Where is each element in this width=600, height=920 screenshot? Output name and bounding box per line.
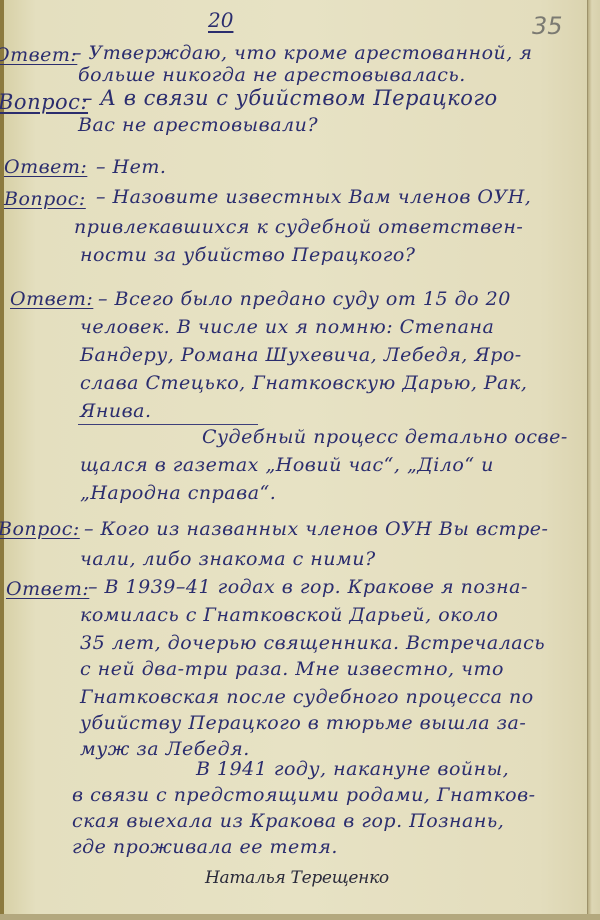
question-text-line: Вас не арестовывали? bbox=[78, 116, 318, 135]
answer-label: Ответ: bbox=[4, 158, 87, 177]
question-text-line: привлекавшихся к судебной ответствен- bbox=[74, 218, 523, 237]
question-text-line: – А в связи с убийством Перацкого bbox=[82, 88, 498, 109]
answer-text-line: 35 лет, дочерью священника. Встречалась bbox=[80, 634, 545, 653]
page-edge-right bbox=[587, 0, 600, 920]
paragraph-divider bbox=[78, 424, 258, 425]
document-page: 20 35 Ответ: – Утверждаю, что кроме арес… bbox=[0, 0, 600, 920]
question-label: Вопрос: bbox=[0, 520, 80, 539]
binding-edge bbox=[0, 0, 4, 920]
question-text-line: – Назовите известных Вам членов ОУН, bbox=[96, 188, 531, 207]
answer-text-line: – Всего было предано суду от 15 до 20 bbox=[98, 290, 511, 309]
answer-text-line: комилась с Гнатковской Дарьей, около bbox=[80, 606, 499, 625]
answer-text-line: Янива. bbox=[80, 402, 152, 421]
answer-label: Ответ: bbox=[10, 290, 93, 309]
answer-text-line: слава Стецько, Гнатковскую Дарью, Рак, bbox=[80, 374, 527, 393]
answer-text-line: щался в газетах „Новий час“, „Діло“ и bbox=[80, 456, 494, 475]
answer-text-line: – Нет. bbox=[96, 158, 166, 177]
answer-text-line: – Утверждаю, что кроме арестованной, я bbox=[72, 44, 532, 63]
answer-text-line: муж за Лебедя. bbox=[80, 740, 250, 759]
answer-text-line: где проживала ее тетя. bbox=[72, 838, 338, 857]
question-label: Вопрос: bbox=[0, 92, 88, 113]
answer-text-line: ская выехала из Кракова в гор. Познань, bbox=[72, 812, 504, 831]
answer-text-line: в связи с предстоящими родами, Гнатков- bbox=[72, 786, 536, 805]
answer-label: Ответ: bbox=[6, 580, 89, 599]
question-text-line: чали, либо знакома с ними? bbox=[80, 550, 376, 569]
answer-text-line: больше никогда не арестовывалась. bbox=[78, 66, 466, 85]
answer-text-line: с ней два-три раза. Мне известно, что bbox=[80, 660, 504, 679]
answer-text-line: – В 1939–41 годах в гор. Кракове я позна… bbox=[88, 578, 528, 597]
archive-sheet-number: 35 bbox=[532, 12, 563, 40]
answer-text-line: В 1941 году, накануне войны, bbox=[196, 760, 509, 779]
page-edge-bottom bbox=[0, 914, 600, 920]
question-text-line: – Кого из названных членов ОУН Вы встре- bbox=[84, 520, 548, 539]
question-text-line: ности за убийство Перацкого? bbox=[80, 246, 415, 265]
answer-text-line: Судебный процесс детально осве- bbox=[202, 428, 568, 447]
signature: Наталья Терещенко bbox=[205, 868, 389, 888]
question-label: Вопрос: bbox=[4, 190, 86, 209]
answer-text-line: Бандеру, Романа Шухевича, Лебедя, Яро- bbox=[80, 346, 522, 365]
answer-text-line: „Народна справа“. bbox=[80, 484, 276, 503]
answer-text-line: Гнатковская после судебного процесса по bbox=[80, 688, 534, 707]
answer-text-line: убийству Перацкого в тюрьме вышла за- bbox=[80, 714, 526, 733]
answer-text-line: человек. В числе их я помню: Степана bbox=[80, 318, 494, 337]
page-number: 20 bbox=[208, 8, 233, 32]
answer-label: Ответ: bbox=[0, 46, 77, 65]
